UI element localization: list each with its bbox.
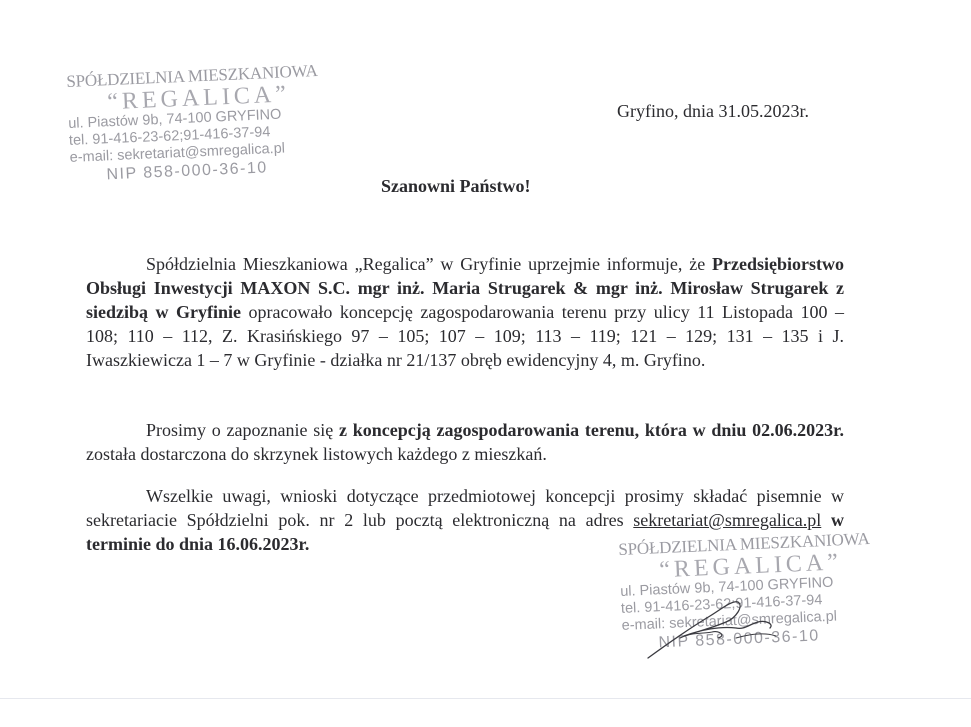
paragraph-2-bold: z koncepcją zagospodarowania terenu, któ… [339,420,844,440]
signature-icon [640,592,780,662]
paragraph-announcement: Spółdzielnia Mieszkaniowa „Regalica” w G… [86,252,844,372]
salutation: Szanowni Państwo! [381,176,531,197]
paragraph-1-intro: Spółdzielnia Mieszkaniowa „Regalica” w G… [146,254,712,274]
email-link[interactable]: sekretariat@smregalica.pl [633,510,821,530]
paragraph-2-rest: została dostarczona do skrzynek listowyc… [86,444,547,464]
paragraph-request: Prosimy o zapoznanie się z koncepcją zag… [86,418,844,466]
letter-date: Gryfino, dnia 31.05.2023r. [617,101,809,122]
scan-edge-divider [0,698,971,699]
cooperative-stamp-top: SPÓŁDZIELNIA MIESZKANIOWA “REGALICA” ul.… [66,61,322,187]
paragraph-2-intro: Prosimy o zapoznanie się [146,420,339,440]
